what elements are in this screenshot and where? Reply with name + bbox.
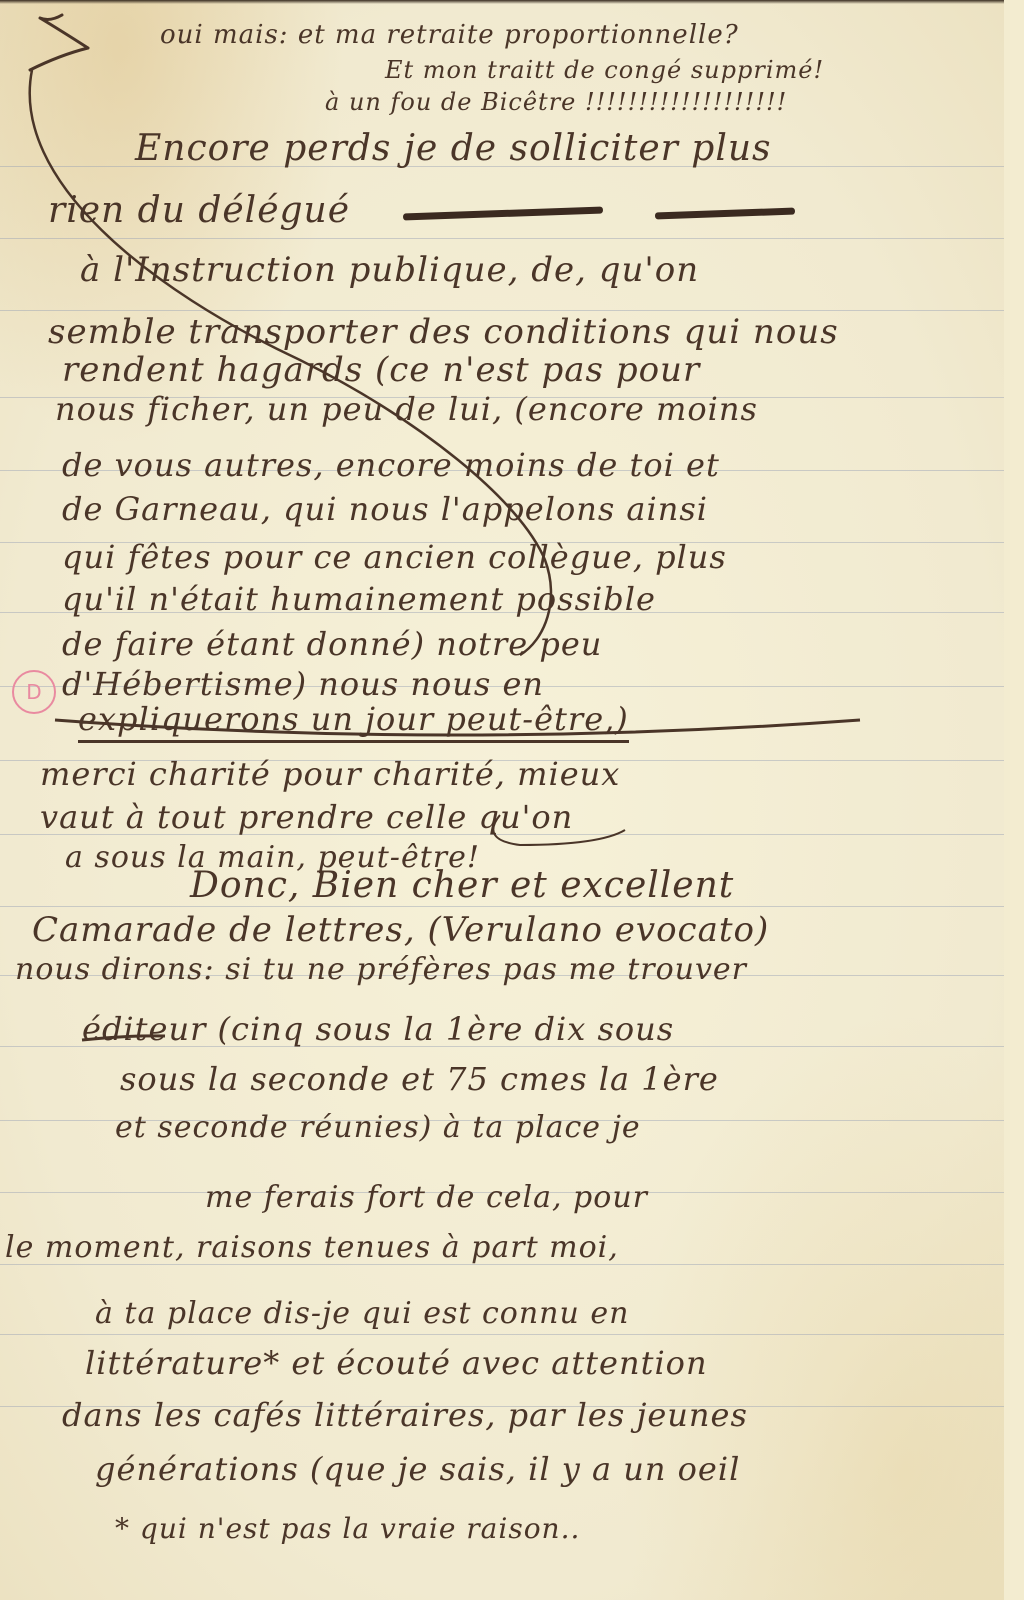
- manuscript-page: oui mais: et ma retraite proportionnelle…: [0, 0, 1004, 1600]
- insertion-arrow-icon: [0, 0, 1004, 1600]
